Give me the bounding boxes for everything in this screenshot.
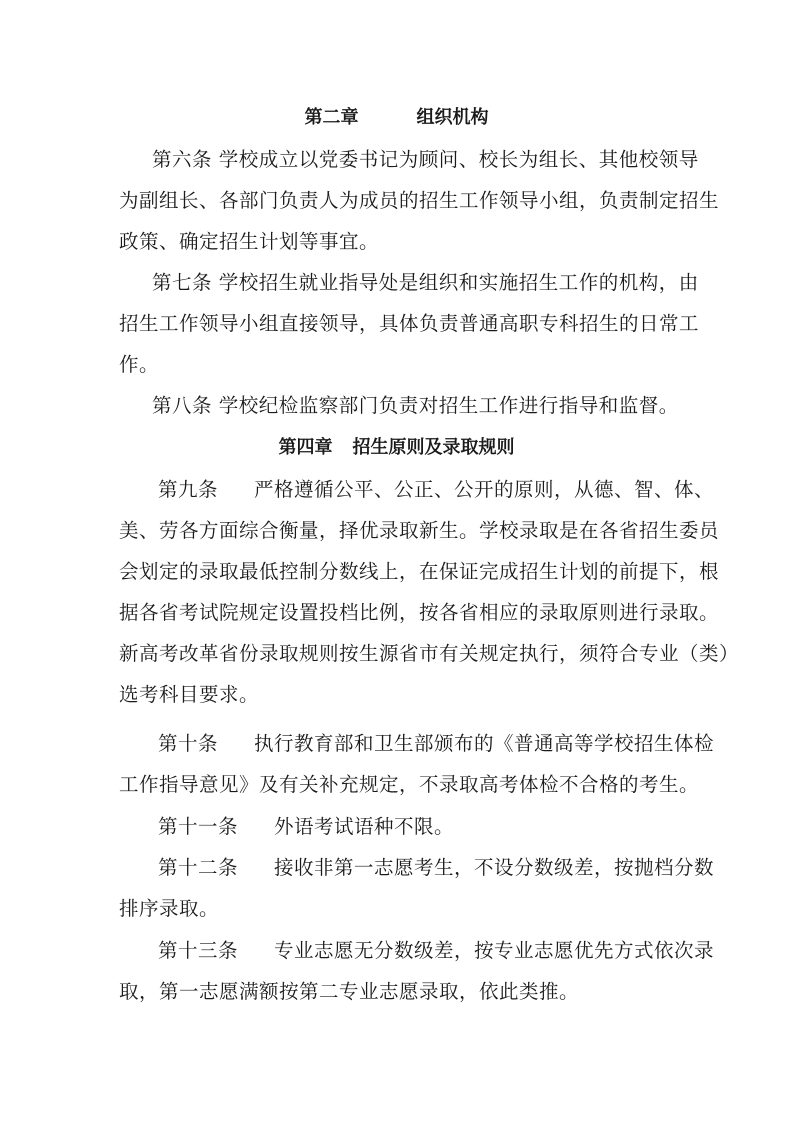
article-9-line-6: 选考科目要求。 (119, 683, 679, 707)
article-label: 第十条 (158, 732, 218, 755)
document-page: 第二章组织机构 第六条 学校成立以党委书记为顾问、校长为组长、其他校领导 为副组… (0, 0, 793, 1122)
article-label: 第九条 (158, 478, 218, 501)
article-9-line-3: 会划定的录取最低控制分数线上，在保证完成招生计划的前提下，根 (119, 560, 679, 584)
chapter-title: 招生原则及录取规则 (353, 437, 515, 458)
article-9-line-5: 新高考改革省份录取规则按生源省市有关规定执行，须符合专业（类） (119, 642, 679, 666)
article-12-line-1: 第十二条接收非第一志愿考生，不设分数级差，按抛档分数 (158, 856, 718, 880)
article-6-line-2: 为副组长、各部门负责人为成员的招生工作领导小组，负责制定招生 (119, 189, 679, 213)
article-12-line-2: 排序录取。 (119, 897, 679, 921)
article-10-line-2: 工作指导意见》及有关补充规定，不录取高考体检不合格的考生。 (119, 773, 679, 797)
article-7-line-2: 招生工作领导小组直接领导，具体负责普通高职专科招生的日常工 (119, 312, 679, 336)
article-10-line-1: 第十条执行教育部和卫生部颁布的《普通高等学校招生体检 (158, 732, 718, 756)
article-label: 第十二条 (158, 856, 238, 879)
article-8-line-1: 第八条 学校纪检监察部门负责对招生工作进行指导和监督。 (152, 394, 712, 418)
article-11-line-1: 第十一条外语考试语种不限。 (158, 815, 718, 839)
article-7-line-1: 第七条 学校招生就业指导处是组织和实施招生工作的机构，由 (152, 271, 712, 295)
chapter-4-heading: 第四章招生原则及录取规则 (0, 436, 793, 460)
article-9-line-1: 第九条严格遵循公平、公正、公开的原则，从德、智、体、 (158, 478, 718, 502)
article-label: 第十一条 (158, 815, 238, 838)
chapter-title: 组织机构 (417, 107, 489, 128)
article-13-line-2: 取，第一志愿满额按第二专业志愿录取，依此类推。 (119, 980, 679, 1004)
article-13-line-1: 第十三条专业志愿无分数级差，按专业志愿优先方式依次录 (158, 939, 718, 963)
article-9-line-2: 美、劳各方面综合衡量，择优录取新生。学校录取是在各省招生委员 (119, 519, 679, 543)
article-6-line-3: 政策、确定招生计划等事宜。 (119, 230, 679, 254)
article-label: 第十三条 (158, 939, 238, 962)
chapter-2-heading: 第二章组织机构 (0, 106, 793, 130)
article-7-line-3: 作。 (119, 353, 679, 377)
article-6-line-1: 第六条 学校成立以党委书记为顾问、校长为组长、其他校领导 (152, 148, 712, 172)
chapter-number: 第四章 (279, 437, 333, 458)
chapter-number: 第二章 (305, 107, 359, 128)
article-9-line-4: 据各省考试院规定设置投档比例，按各省相应的录取原则进行录取。 (119, 601, 679, 625)
